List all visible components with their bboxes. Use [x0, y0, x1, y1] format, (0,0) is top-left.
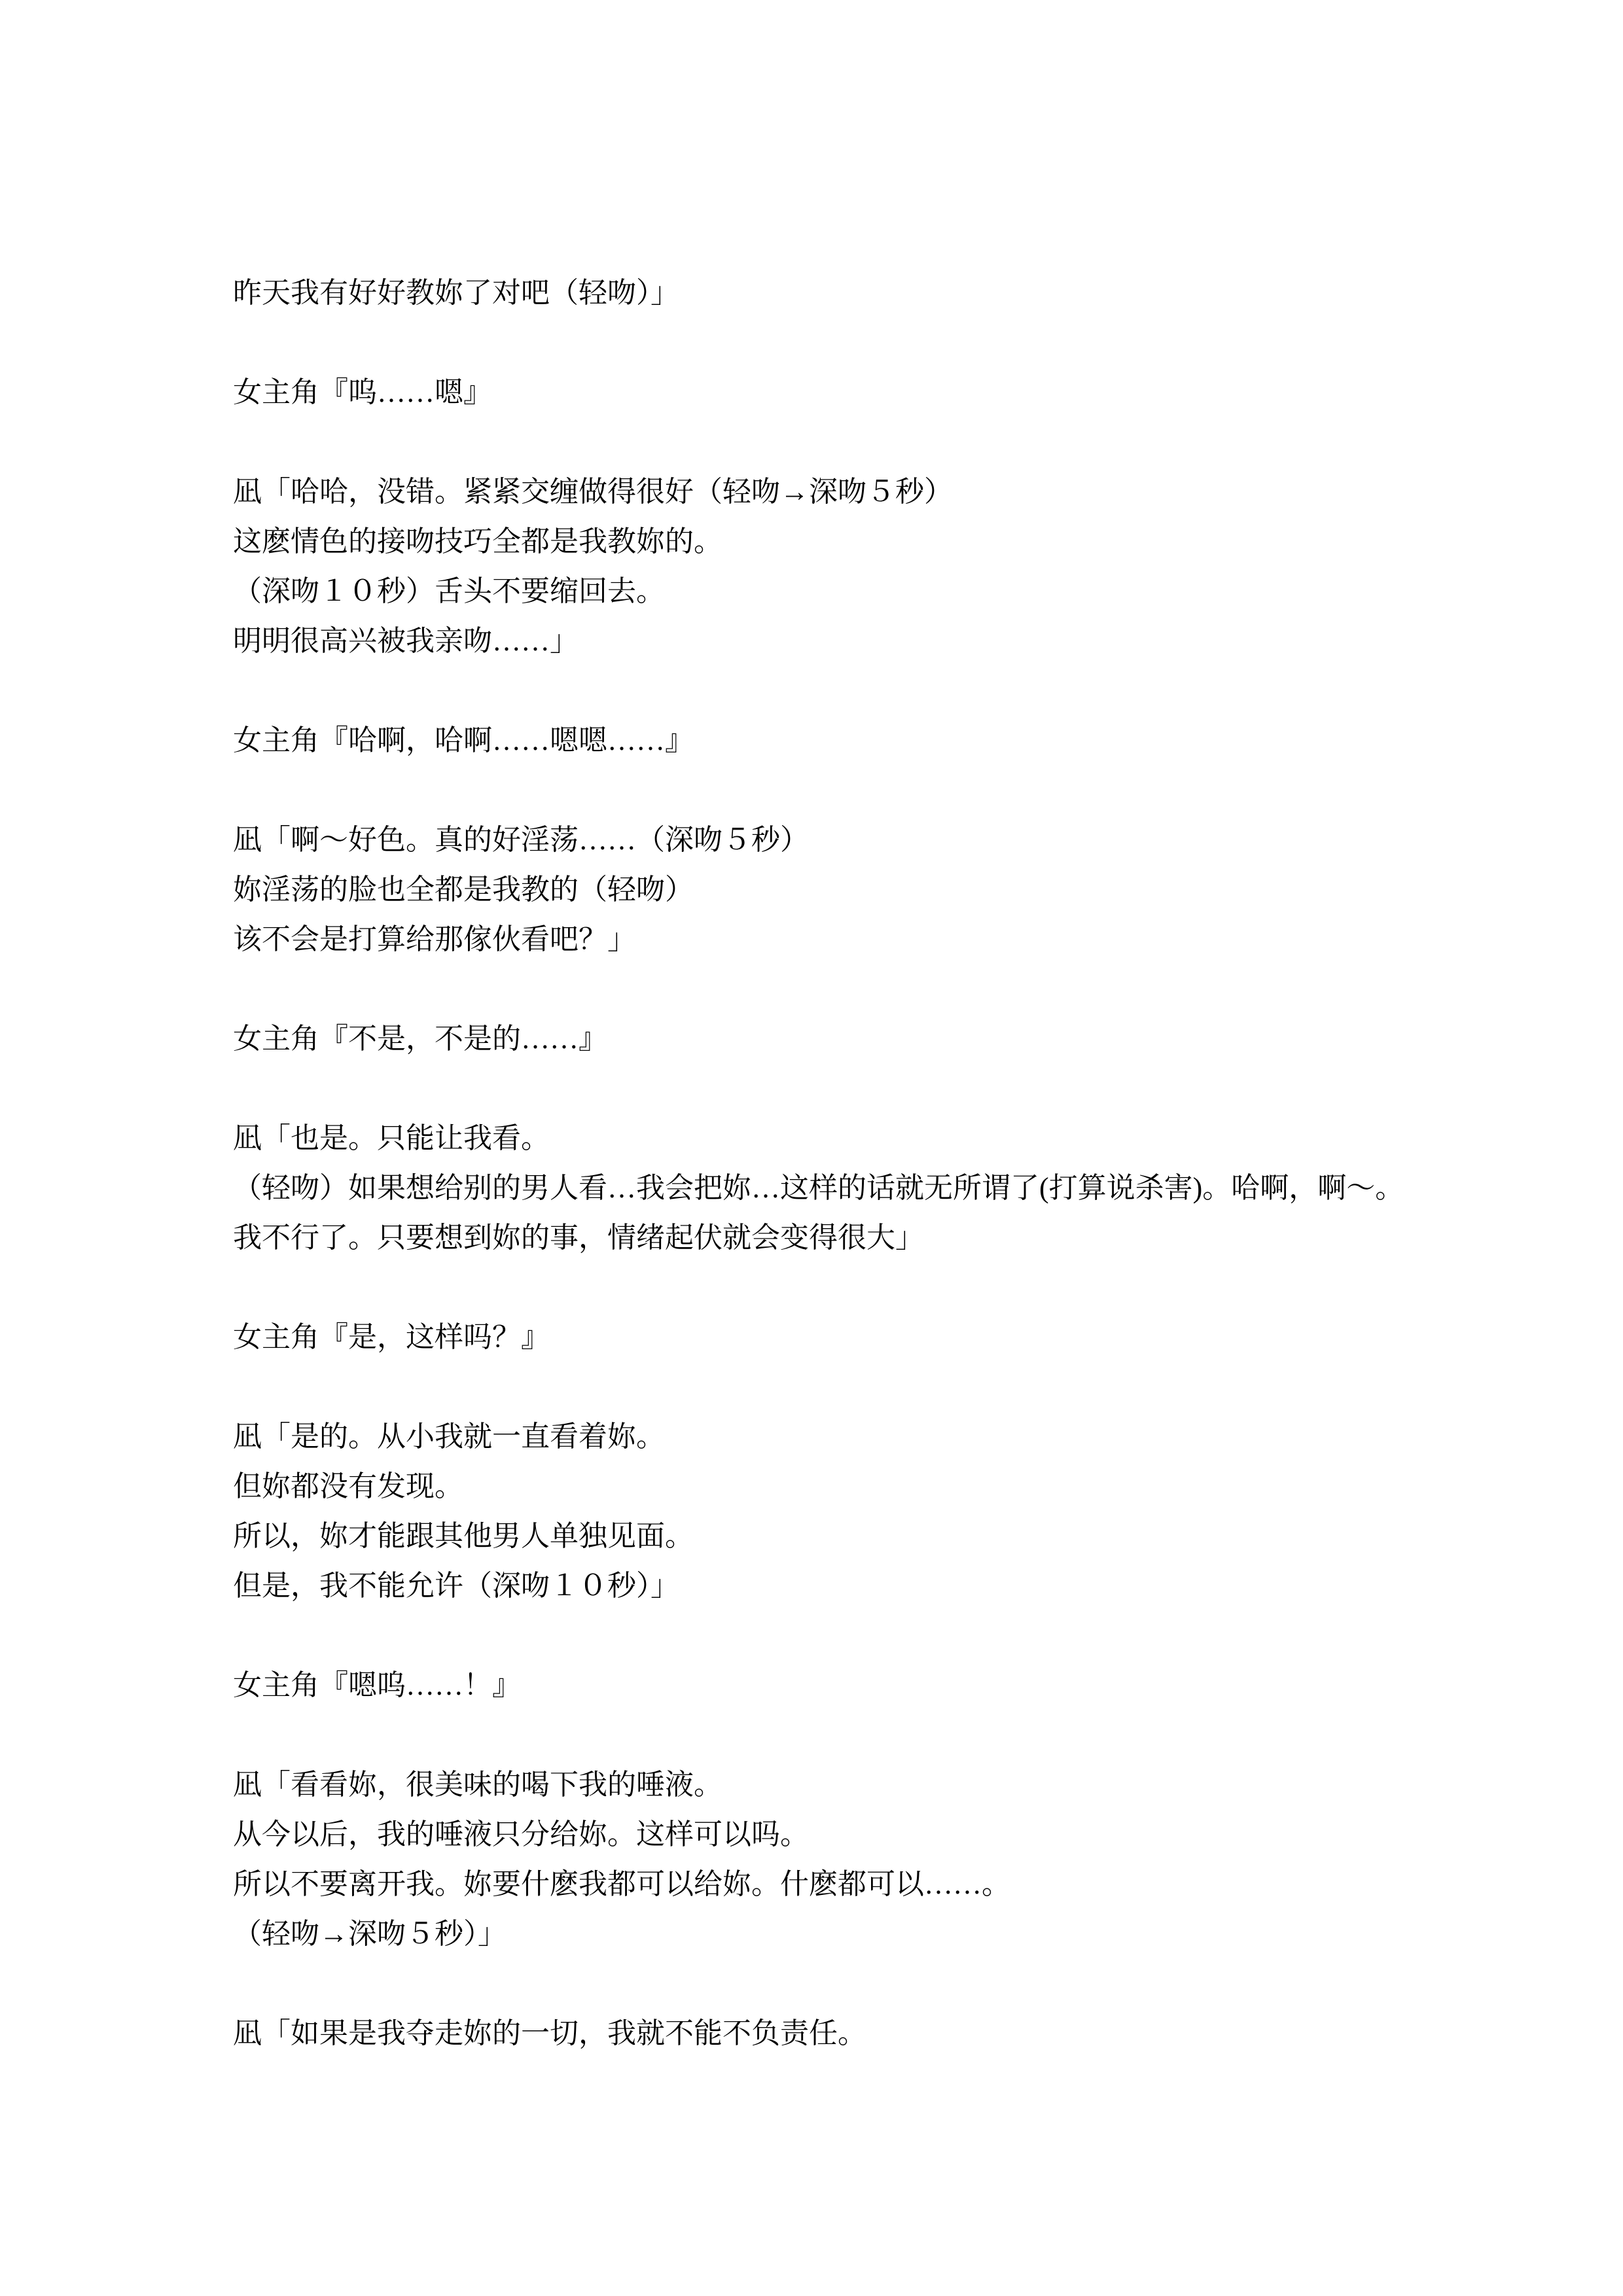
- paragraph: 凪「也是。只能让我看。（轻吻）如果想给别的男人看…我会把妳…这样的话就无所谓了(…: [233, 1114, 1418, 1263]
- text-line: 但妳都没有发现。: [233, 1462, 1418, 1511]
- text-line: 从今以后，我的唾液只分给妳。这样可以吗。: [233, 1810, 1418, 1860]
- text-line: 昨天我有好好教妳了对吧（轻吻）」: [233, 268, 1418, 318]
- text-line: 凪「如果是我夺走妳的一切，我就不能不负责任。: [233, 2009, 1418, 2058]
- text-line: 女主角『不是，不是的……』: [233, 1014, 1418, 1064]
- text-line: 凪「哈哈，没错。紧紧交缠做得很好（轻吻→深吻５秒）: [233, 467, 1418, 517]
- text-line: 女主角『嗯呜……！』: [233, 1661, 1418, 1710]
- text-line: 妳淫荡的脸也全都是我教的（轻吻）: [233, 865, 1418, 915]
- text-line: 凪「啊～好色。真的好淫荡……（深吻５秒）: [233, 815, 1418, 865]
- paragraph: 凪「是的。从小我就一直看着妳。但妳都没有发现。所以，妳才能跟其他男人单独见面。但…: [233, 1412, 1418, 1611]
- text-line: 女主角『哈啊，哈啊……嗯嗯……』: [233, 716, 1418, 766]
- text-line: 所以，妳才能跟其他男人单独见面。: [233, 1511, 1418, 1561]
- text-line: （轻吻）如果想给别的男人看…我会把妳…这样的话就无所谓了(打算说杀害)。哈啊，啊…: [233, 1163, 1418, 1213]
- paragraph: 凪「如果是我夺走妳的一切，我就不能不负责任。: [233, 2009, 1418, 2058]
- text-line: 明明很高兴被我亲吻……」: [233, 616, 1418, 666]
- text-line: 该不会是打算给那傢伙看吧？」: [233, 915, 1418, 964]
- text-line: 我不行了。只要想到妳的事，情绪起伏就会变得很大」: [233, 1213, 1418, 1263]
- paragraph: 女主角『嗯呜……！』: [233, 1661, 1418, 1710]
- text-line: 女主角『是，这样吗？』: [233, 1313, 1418, 1362]
- text-line: 凪「也是。只能让我看。: [233, 1114, 1418, 1163]
- paragraph: 凪「啊～好色。真的好淫荡……（深吻５秒）妳淫荡的脸也全都是我教的（轻吻）该不会是…: [233, 815, 1418, 964]
- paragraph: 女主角『是，这样吗？』: [233, 1313, 1418, 1362]
- document-page: 昨天我有好好教妳了对吧（轻吻）」女主角『呜……嗯』凪「哈哈，没错。紧紧交缠做得很…: [0, 0, 1623, 2296]
- paragraph: 凪「看看妳，很美味的喝下我的唾液。从今以后，我的唾液只分给妳。这样可以吗。所以不…: [233, 1760, 1418, 1959]
- text-line: 这麽情色的接吻技巧全都是我教妳的。: [233, 517, 1418, 567]
- paragraph: 女主角『呜……嗯』: [233, 368, 1418, 417]
- text-line: （深吻１０秒）舌头不要缩回去。: [233, 567, 1418, 616]
- paragraph: 女主角『不是，不是的……』: [233, 1014, 1418, 1064]
- text-line: 凪「是的。从小我就一直看着妳。: [233, 1412, 1418, 1462]
- paragraph: 昨天我有好好教妳了对吧（轻吻）」: [233, 268, 1418, 318]
- text-content: 昨天我有好好教妳了对吧（轻吻）」女主角『呜……嗯』凪「哈哈，没错。紧紧交缠做得很…: [233, 268, 1418, 2108]
- text-line: 所以不要离开我。妳要什麽我都可以给妳。什麽都可以……。: [233, 1860, 1418, 1909]
- paragraph: 女主角『哈啊，哈啊……嗯嗯……』: [233, 716, 1418, 766]
- text-line: 但是，我不能允许（深吻１０秒）」: [233, 1561, 1418, 1611]
- paragraph: 凪「哈哈，没错。紧紧交缠做得很好（轻吻→深吻５秒）这麽情色的接吻技巧全都是我教妳…: [233, 467, 1418, 666]
- text-line: （轻吻→深吻５秒）」: [233, 1909, 1418, 1959]
- text-line: 女主角『呜……嗯』: [233, 368, 1418, 417]
- text-line: 凪「看看妳，很美味的喝下我的唾液。: [233, 1760, 1418, 1810]
